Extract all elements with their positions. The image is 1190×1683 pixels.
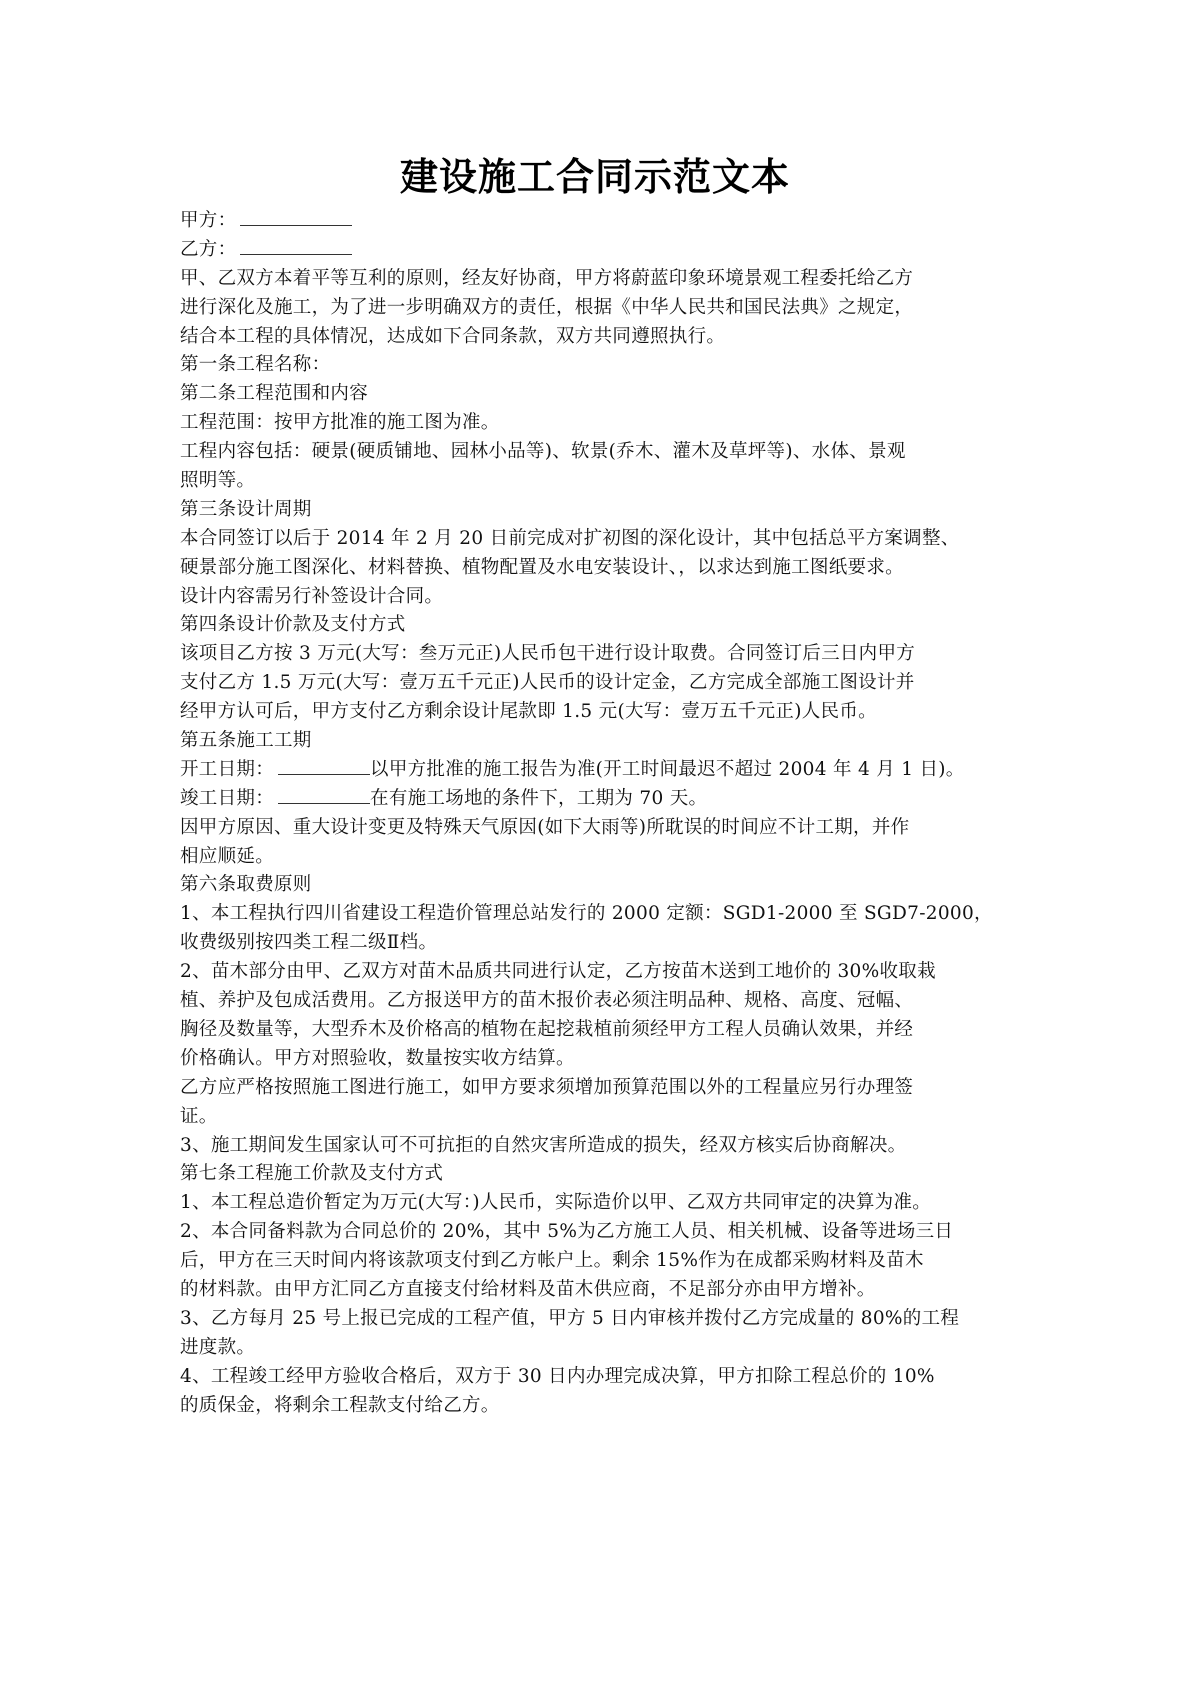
end-date-blank	[278, 785, 370, 804]
party-b-blank	[240, 236, 352, 255]
article-7-item-4-line: 4、工程竣工经甲方验收合格后，双方于 30 日内办理完成决算，甲方扣除工程总价的…	[180, 1363, 1030, 1392]
end-date-text: 在有施工场地的条件下，工期为 70 天。	[370, 788, 707, 809]
document-title: 建设施工合同示范文本	[0, 152, 1190, 202]
article-2-content: 工程内容包括：硬景(硬质铺地、园林小品等)、软景(乔木、灌木及草坪等)、水体、景…	[180, 438, 1030, 496]
article-5-delay-line: 相应顺延。	[180, 843, 1030, 872]
article-4-line: 经甲方认可后，甲方支付乙方剩余设计尾款即 1.5 元(大写：壹万五千元正)人民币…	[180, 698, 1030, 727]
article-6-item-1-line: 收费级别按四类工程二级Ⅱ档。	[180, 929, 1030, 958]
article-6-note-line: 乙方应严格按照施工图进行施工，如甲方要求须增加预算范围以外的工程量应另行办理签	[180, 1074, 1030, 1103]
article-4-line: 该项目乙方按 3 万元(大写：叁万元正)人民币包干进行设计取费。合同签订后三日内…	[180, 640, 1030, 669]
article-6-item-2: 2、苗木部分由甲、乙双方对苗木品质共同进行认定，乙方按苗木送到工地价的 30%收…	[180, 958, 1030, 1074]
party-a-line: 甲方：	[180, 207, 1030, 236]
article-3-heading: 第三条设计周期	[180, 496, 1030, 525]
article-7-item-4: 4、工程竣工经甲方验收合格后，双方于 30 日内办理完成决算，甲方扣除工程总价的…	[180, 1363, 1030, 1421]
start-date-label: 开工日期：	[180, 759, 274, 780]
article-7-item-1: 1、本工程总造价暂定为万元(大写：)人民币，实际造价以甲、乙双方共同审定的决算为…	[180, 1189, 1030, 1218]
article-4-line: 支付乙方 1.5 万元(大写：壹万五千元正)人民币的设计定金，乙方完成全部施工图…	[180, 669, 1030, 698]
article-3-line: 设计内容需另行补签设计合同。	[180, 583, 1030, 612]
article-5-delay: 因甲方原因、重大设计变更及特殊天气原因(如下大雨等)所耽误的时间应不计工期，并作…	[180, 814, 1030, 872]
party-b-line: 乙方：	[180, 236, 1030, 265]
article-6-item-2-line: 价格确认。甲方对照验收，数量按实收方结算。	[180, 1045, 1030, 1074]
article-7-item-3: 3、乙方每月 25 号上报已完成的工程产值，甲方 5 日内审核并拨付乙方完成量的…	[180, 1305, 1030, 1363]
article-6-item-2-line: 2、苗木部分由甲、乙双方对苗木品质共同进行认定，乙方按苗木送到工地价的 30%收…	[180, 958, 1030, 987]
document-body: 甲方： 乙方： 甲、乙双方本着平等互利的原则，经友好协商，甲方将蔚蓝印象环境景观…	[180, 207, 1030, 1420]
article-3-body: 本合同签订以后于 2014 年 2 月 20 日前完成对扩初图的深化设计，其中包…	[180, 525, 1030, 612]
article-7-heading: 第七条工程施工价款及支付方式	[180, 1160, 1030, 1189]
article-4-heading: 第四条设计价款及支付方式	[180, 611, 1030, 640]
intro-line: 结合本工程的具体情况，达成如下合同条款，双方共同遵照执行。	[180, 323, 1030, 352]
article-2-content-line: 照明等。	[180, 467, 1030, 496]
article-2-heading: 第二条工程范围和内容	[180, 380, 1030, 409]
party-a-blank	[240, 207, 352, 226]
article-7-item-2-line: 的材料款。由甲方汇同乙方直接支付给材料及苗木供应商，不足部分亦由甲方增补。	[180, 1276, 1030, 1305]
article-3-line: 硬景部分施工图深化、材料替换、植物配置及水电安装设计、，以求达到施工图纸要求。	[180, 554, 1030, 583]
start-date-line: 开工日期：以甲方批准的施工报告为准(开工时间最迟不超过 2004 年 4 月 1…	[180, 756, 1030, 785]
intro-line: 甲、乙双方本着平等互利的原则，经友好协商，甲方将蔚蓝印象环境景观工程委托给乙方	[180, 265, 1030, 294]
article-7-item-3-line: 3、乙方每月 25 号上报已完成的工程产值，甲方 5 日内审核并拨付乙方完成量的…	[180, 1305, 1030, 1334]
start-date-text: 以甲方批准的施工报告为准(开工时间最迟不超过 2004 年 4 月 1 日)。	[370, 759, 965, 780]
end-date-line: 竣工日期：在有施工场地的条件下，工期为 70 天。	[180, 785, 1030, 814]
article-6-heading: 第六条取费原则	[180, 871, 1030, 900]
article-7-item-2-line: 2、本合同备料款为合同总价的 20%，其中 5%为乙方施工人员、相关机械、设备等…	[180, 1218, 1030, 1247]
article-5-heading: 第五条施工工期	[180, 727, 1030, 756]
article-7-item-2: 2、本合同备料款为合同总价的 20%，其中 5%为乙方施工人员、相关机械、设备等…	[180, 1218, 1030, 1305]
article-6-item-2-line: 胸径及数量等，大型乔木及价格高的植物在起挖栽植前须经甲方工程人员确认效果，并经	[180, 1016, 1030, 1045]
article-7-item-4-line: 的质保金，将剩余工程款支付给乙方。	[180, 1392, 1030, 1421]
start-date-blank	[278, 756, 370, 775]
intro-line: 进行深化及施工，为了进一步明确双方的责任，根据《中华人民共和国民法典》之规定，	[180, 294, 1030, 323]
article-6-item-3: 3、施工期间发生国家认可不可抗拒的自然灾害所造成的损失，经双方核实后协商解决。	[180, 1132, 1030, 1161]
party-b-label: 乙方：	[180, 239, 236, 260]
article-7-item-2-line: 后，甲方在三天时间内将该款项支付到乙方帐户上。剩余 15%作为在成都采购材料及苗…	[180, 1247, 1030, 1276]
article-4-body: 该项目乙方按 3 万元(大写：叁万元正)人民币包干进行设计取费。合同签订后三日内…	[180, 640, 1030, 727]
article-6-item-1-line: 1、本工程执行四川省建设工程造价管理总站发行的 2000 定额：SGD1-200…	[180, 900, 1030, 929]
end-date-label: 竣工日期：	[180, 788, 274, 809]
article-6-note-line: 证。	[180, 1103, 1030, 1132]
party-a-label: 甲方：	[180, 210, 236, 231]
intro-paragraph: 甲、乙双方本着平等互利的原则，经友好协商，甲方将蔚蓝印象环境景观工程委托给乙方 …	[180, 265, 1030, 352]
document-page: 建设施工合同示范文本 甲方： 乙方： 甲、乙双方本着平等互利的原则，经友好协商，…	[0, 0, 1190, 1683]
article-3-line: 本合同签订以后于 2014 年 2 月 20 日前完成对扩初图的深化设计，其中包…	[180, 525, 1030, 554]
article-5-delay-line: 因甲方原因、重大设计变更及特殊天气原因(如下大雨等)所耽误的时间应不计工期，并作	[180, 814, 1030, 843]
article-2-content-line: 工程内容包括：硬景(硬质铺地、园林小品等)、软景(乔木、灌木及草坪等)、水体、景…	[180, 438, 1030, 467]
article-6-item-1: 1、本工程执行四川省建设工程造价管理总站发行的 2000 定额：SGD1-200…	[180, 900, 1030, 958]
article-6-item-2-line: 植、养护及包成活费用。乙方报送甲方的苗木报价表必须注明品种、规格、高度、冠幅、	[180, 987, 1030, 1016]
article-2-scope: 工程范围：按甲方批准的施工图为准。	[180, 409, 1030, 438]
article-1-heading: 第一条工程名称：	[180, 351, 1030, 380]
article-7-item-3-line: 进度款。	[180, 1334, 1030, 1363]
article-6-note: 乙方应严格按照施工图进行施工，如甲方要求须增加预算范围以外的工程量应另行办理签 …	[180, 1074, 1030, 1132]
